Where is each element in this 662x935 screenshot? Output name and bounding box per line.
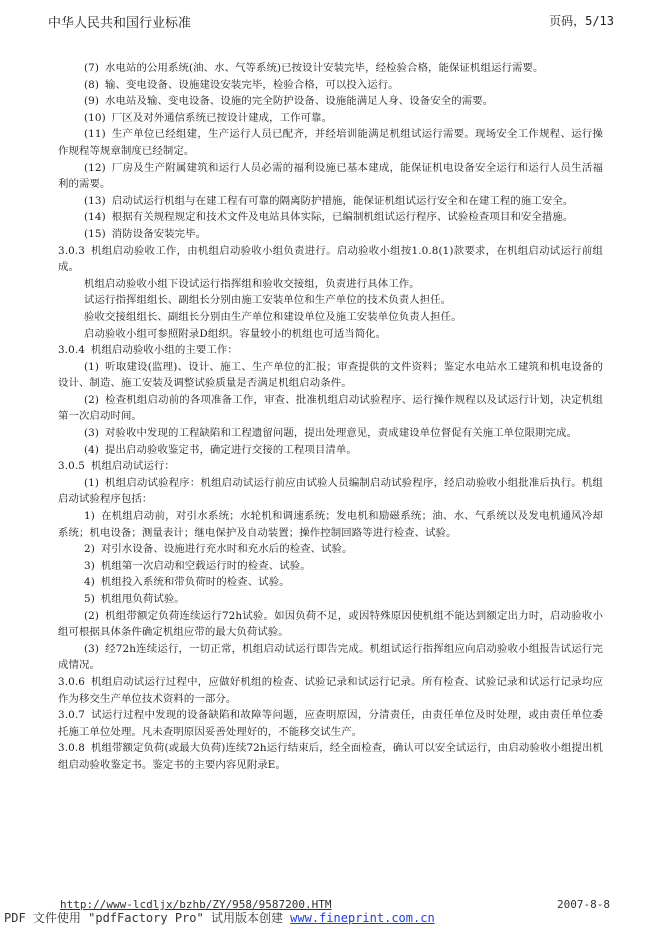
item-number: 1): [84, 510, 95, 522]
list-item: (11)生产单位已经组建，生产运行人员已配齐，并经培训能满足机组试运行需要。现场…: [58, 126, 603, 159]
list-item: (1)机组启动试验程序：机组启动试运行前应由试验人员编制启动试验程序，经启动验收…: [58, 475, 603, 508]
item-text: 机组启动验收小组的主要工作：: [91, 344, 238, 356]
item-number: (7): [84, 62, 99, 74]
fineprint-link[interactable]: www.fineprint.com.cn: [290, 911, 435, 925]
item-text: 生产单位已经组建，生产运行人员已配齐，并经培训能满足机组试运行需要。现场安全工作…: [58, 128, 603, 157]
pdf-watermark: PDF 文件使用 "pdfFactory Pro" 试用版本创建 www.fin…: [4, 909, 435, 926]
list-item: 3)机组第一次启动和空载运行时的检查、试验。: [58, 558, 603, 575]
item-number: 3): [84, 560, 95, 572]
list-item: (9)水电站及输、变电设备、设施的完全防护设备、设施能满足人身、设备安全的需要。: [58, 93, 603, 110]
item-text: 验收交接组组长、副组长分别由生产单位和建设单位及施工安装单位负责人担任。: [84, 311, 462, 323]
list-item: (8)输、变电设备、设施建设安装完毕，检验合格，可以投入运行。: [58, 77, 603, 94]
item-number: (13): [84, 195, 106, 207]
item-text: 机组甩负荷试验。: [101, 593, 185, 605]
item-text: 消防设备安装完毕。: [112, 228, 206, 240]
list-item: 1)在机组启动前，对引水系统；水轮机和调速系统；发电机和励磁系统；油、水、气系统…: [58, 508, 603, 541]
item-text: 启动验收小组可参照附录D组织。容量较小的机组也可适当简化。: [84, 328, 386, 340]
list-item: (1)听取建设(监理)、设计、施工、生产单位的汇报；审查提供的文件资料；鉴定水电…: [58, 359, 603, 392]
list-item: (3)对验收中发现的工程缺陷和工程遗留问题，提出处理意见，责成建设单位督促有关施…: [58, 425, 603, 442]
item-number: 3.0.7: [58, 709, 85, 721]
page-number: 页码，5/13: [549, 12, 614, 29]
document-body: (7)水电站的公用系统(油、水、气等系统)已按设计安装完毕，经检验合格，能保证机…: [58, 60, 603, 774]
item-number: (9): [84, 95, 99, 107]
list-item: (13)启动试运行机组与在建工程有可靠的隔离防护措施，能保证机组试运行安全和在建…: [58, 193, 603, 210]
list-item: (2)机组带额定负荷连续运行72h试验。如因负荷不足，或因特殊原因使机组不能达到…: [58, 608, 603, 641]
item-number: 5): [84, 593, 95, 605]
item-number: (12): [84, 162, 106, 174]
item-text: 机组投入系统和带负荷时的检查、试验。: [101, 576, 290, 588]
item-text: 机组启动试验程序：机组启动试运行前应由试验人员编制启动试验程序，经启动验收小组批…: [58, 477, 603, 506]
item-text: 经72h连续运行，一切正常，机组启动试运行即告完成。机组试运行指挥组应向启动验收…: [58, 643, 603, 672]
paragraph: 验收交接组组长、副组长分别由生产单位和建设单位及施工安装单位负责人担任。: [58, 309, 603, 326]
pdf-note-text: PDF 文件使用 "pdfFactory Pro" 试用版本创建: [4, 911, 290, 925]
item-text: 根据有关规程规定和技术文件及电站具体实际，已编制机组试运行程序、试验检查项目和安…: [112, 211, 574, 223]
item-text: 试运行过程中发现的设备缺陷和故障等问题，应查明原因，分清责任，由责任单位及时处理…: [58, 709, 603, 738]
list-item: (14)根据有关规程规定和技术文件及电站具体实际，已编制机组试运行程序、试验检查…: [58, 209, 603, 226]
item-text: 机组带额定负荷连续运行72h试验。如因负荷不足，或因特殊原因使机组不能达到额定出…: [58, 610, 603, 639]
section-paragraph: 3.0.8机组带额定负荷(或最大负荷)连续72h运行结束后，经全面检查，确认可以…: [58, 740, 603, 773]
section-paragraph: 3.0.3机组启动验收工作，由机组启动验收小组负责进行。启动验收小组按1.0.8…: [58, 243, 603, 276]
page-footer: http://www-lcdljx/bzhb/ZY/958/9587200.HT…: [0, 898, 662, 934]
item-number: (10): [84, 112, 106, 124]
paragraph: 试运行指挥组组长、副组长分别由施工安装单位和生产单位的技术负责人担任。: [58, 292, 603, 309]
section-paragraph: 3.0.5机组启动试运行：: [58, 458, 603, 475]
item-number: (2): [84, 610, 99, 622]
list-item: (4)提出启动验收鉴定书，确定进行交接的工程项目清单。: [58, 442, 603, 459]
item-number: (14): [84, 211, 106, 223]
paragraph: 启动验收小组可参照附录D组织。容量较小的机组也可适当简化。: [58, 326, 603, 343]
list-item: (12)厂房及生产附属建筑和运行人员必需的福利设施已基本建成，能保证机电设备安全…: [58, 160, 603, 193]
item-text: 厂区及对外通信系统已按设计建成，工作可靠。: [112, 112, 332, 124]
list-item: (10)厂区及对外通信系统已按设计建成，工作可靠。: [58, 110, 603, 127]
paragraph: 机组启动验收小组下设试运行指挥组和验收交接组，负责进行具体工作。: [58, 276, 603, 293]
item-text: 检查机组启动前的各项准备工作，审查、批准机组启动试验程序、运行操作规程以及试运行…: [58, 394, 603, 423]
list-item: (3)经72h连续运行，一切正常，机组启动试运行即告完成。机组试运行指挥组应向启…: [58, 641, 603, 674]
item-text: 提出启动验收鉴定书，确定进行交接的工程项目清单。: [105, 444, 357, 456]
item-number: 4): [84, 576, 95, 588]
item-number: (2): [84, 394, 99, 406]
item-text: 启动试运行机组与在建工程有可靠的隔离防护措施，能保证机组试运行安全和在建工程的施…: [112, 195, 574, 207]
list-item: 4)机组投入系统和带负荷时的检查、试验。: [58, 574, 603, 591]
page-header: 中华人民共和国行业标准 页码，5/13: [48, 12, 614, 32]
item-text: 水电站的公用系统(油、水、气等系统)已按设计安装完毕，经检验合格，能保证机组运行…: [105, 62, 543, 74]
list-item: 2)对引水设备、设施进行充水时和充水后的检查、试验。: [58, 541, 603, 558]
item-text: 输、变电设备、设施建设安装完毕，检验合格，可以投入运行。: [105, 79, 399, 91]
list-item: (7)水电站的公用系统(油、水、气等系统)已按设计安装完毕，经检验合格，能保证机…: [58, 60, 603, 77]
item-number: 3.0.8: [58, 742, 85, 754]
item-number: (15): [84, 228, 106, 240]
item-number: 2): [84, 543, 95, 555]
item-text: 机组启动试运行：: [91, 460, 175, 472]
list-item: 5)机组甩负荷试验。: [58, 591, 603, 608]
item-number: (4): [84, 444, 99, 456]
list-item: (2)检查机组启动前的各项准备工作，审查、批准机组启动试验程序、运行操作规程以及…: [58, 392, 603, 425]
item-text: 试运行指挥组组长、副组长分别由施工安装单位和生产单位的技术负责人担任。: [84, 294, 451, 306]
item-text: 听取建设(监理)、设计、施工、生产单位的汇报；审查提供的文件资料；鉴定水电站水工…: [58, 361, 603, 390]
item-number: (3): [84, 643, 99, 655]
item-number: 3.0.6: [58, 676, 85, 688]
item-text: 对验收中发现的工程缺陷和工程遗留问题，提出处理意见，责成建设单位督促有关施工单位…: [105, 427, 577, 439]
item-text: 厂房及生产附属建筑和运行人员必需的福利设施已基本建成，能保证机电设备安全运行和运…: [58, 162, 603, 191]
print-date: 2007-8-8: [557, 898, 610, 911]
item-text: 机组启动验收工作，由机组启动验收小组负责进行。启动验收小组按1.0.8(1)款要…: [58, 245, 603, 274]
item-text: 机组带额定负荷(或最大负荷)连续72h运行结束后，经全面检查，确认可以安全试运行…: [58, 742, 603, 771]
item-text: 机组启动试运行过程中，应做好机组的检查、试验记录和试运行记录。所有检查、试验记录…: [58, 676, 603, 705]
item-number: (3): [84, 427, 99, 439]
item-number: 3.0.5: [58, 460, 85, 472]
item-number: 3.0.4: [58, 344, 85, 356]
list-item: (15)消防设备安装完毕。: [58, 226, 603, 243]
item-number: (8): [84, 79, 99, 91]
section-paragraph: 3.0.4机组启动验收小组的主要工作：: [58, 342, 603, 359]
item-text: 水电站及输、变电设备、设施的完全防护设备、设施能满足人身、设备安全的需要。: [105, 95, 493, 107]
item-number: 3.0.3: [58, 245, 85, 257]
section-paragraph: 3.0.7试运行过程中发现的设备缺陷和故障等问题，应查明原因，分清责任，由责任单…: [58, 707, 603, 740]
item-number: (11): [84, 128, 106, 140]
item-text: 在机组启动前，对引水系统；水轮机和调速系统；发电机和励磁系统；油、水、气系统以及…: [58, 510, 603, 539]
item-text: 对引水设备、设施进行充水时和充水后的检查、试验。: [101, 543, 353, 555]
section-paragraph: 3.0.6机组启动试运行过程中，应做好机组的检查、试验记录和试运行记录。所有检查…: [58, 674, 603, 707]
item-text: 机组启动验收小组下设试运行指挥组和验收交接组，负责进行具体工作。: [84, 278, 420, 290]
item-number: (1): [84, 477, 99, 489]
item-text: 机组第一次启动和空载运行时的检查、试验。: [101, 560, 311, 572]
item-number: (1): [84, 361, 99, 373]
document-title: 中华人民共和国行业标准: [48, 12, 191, 31]
